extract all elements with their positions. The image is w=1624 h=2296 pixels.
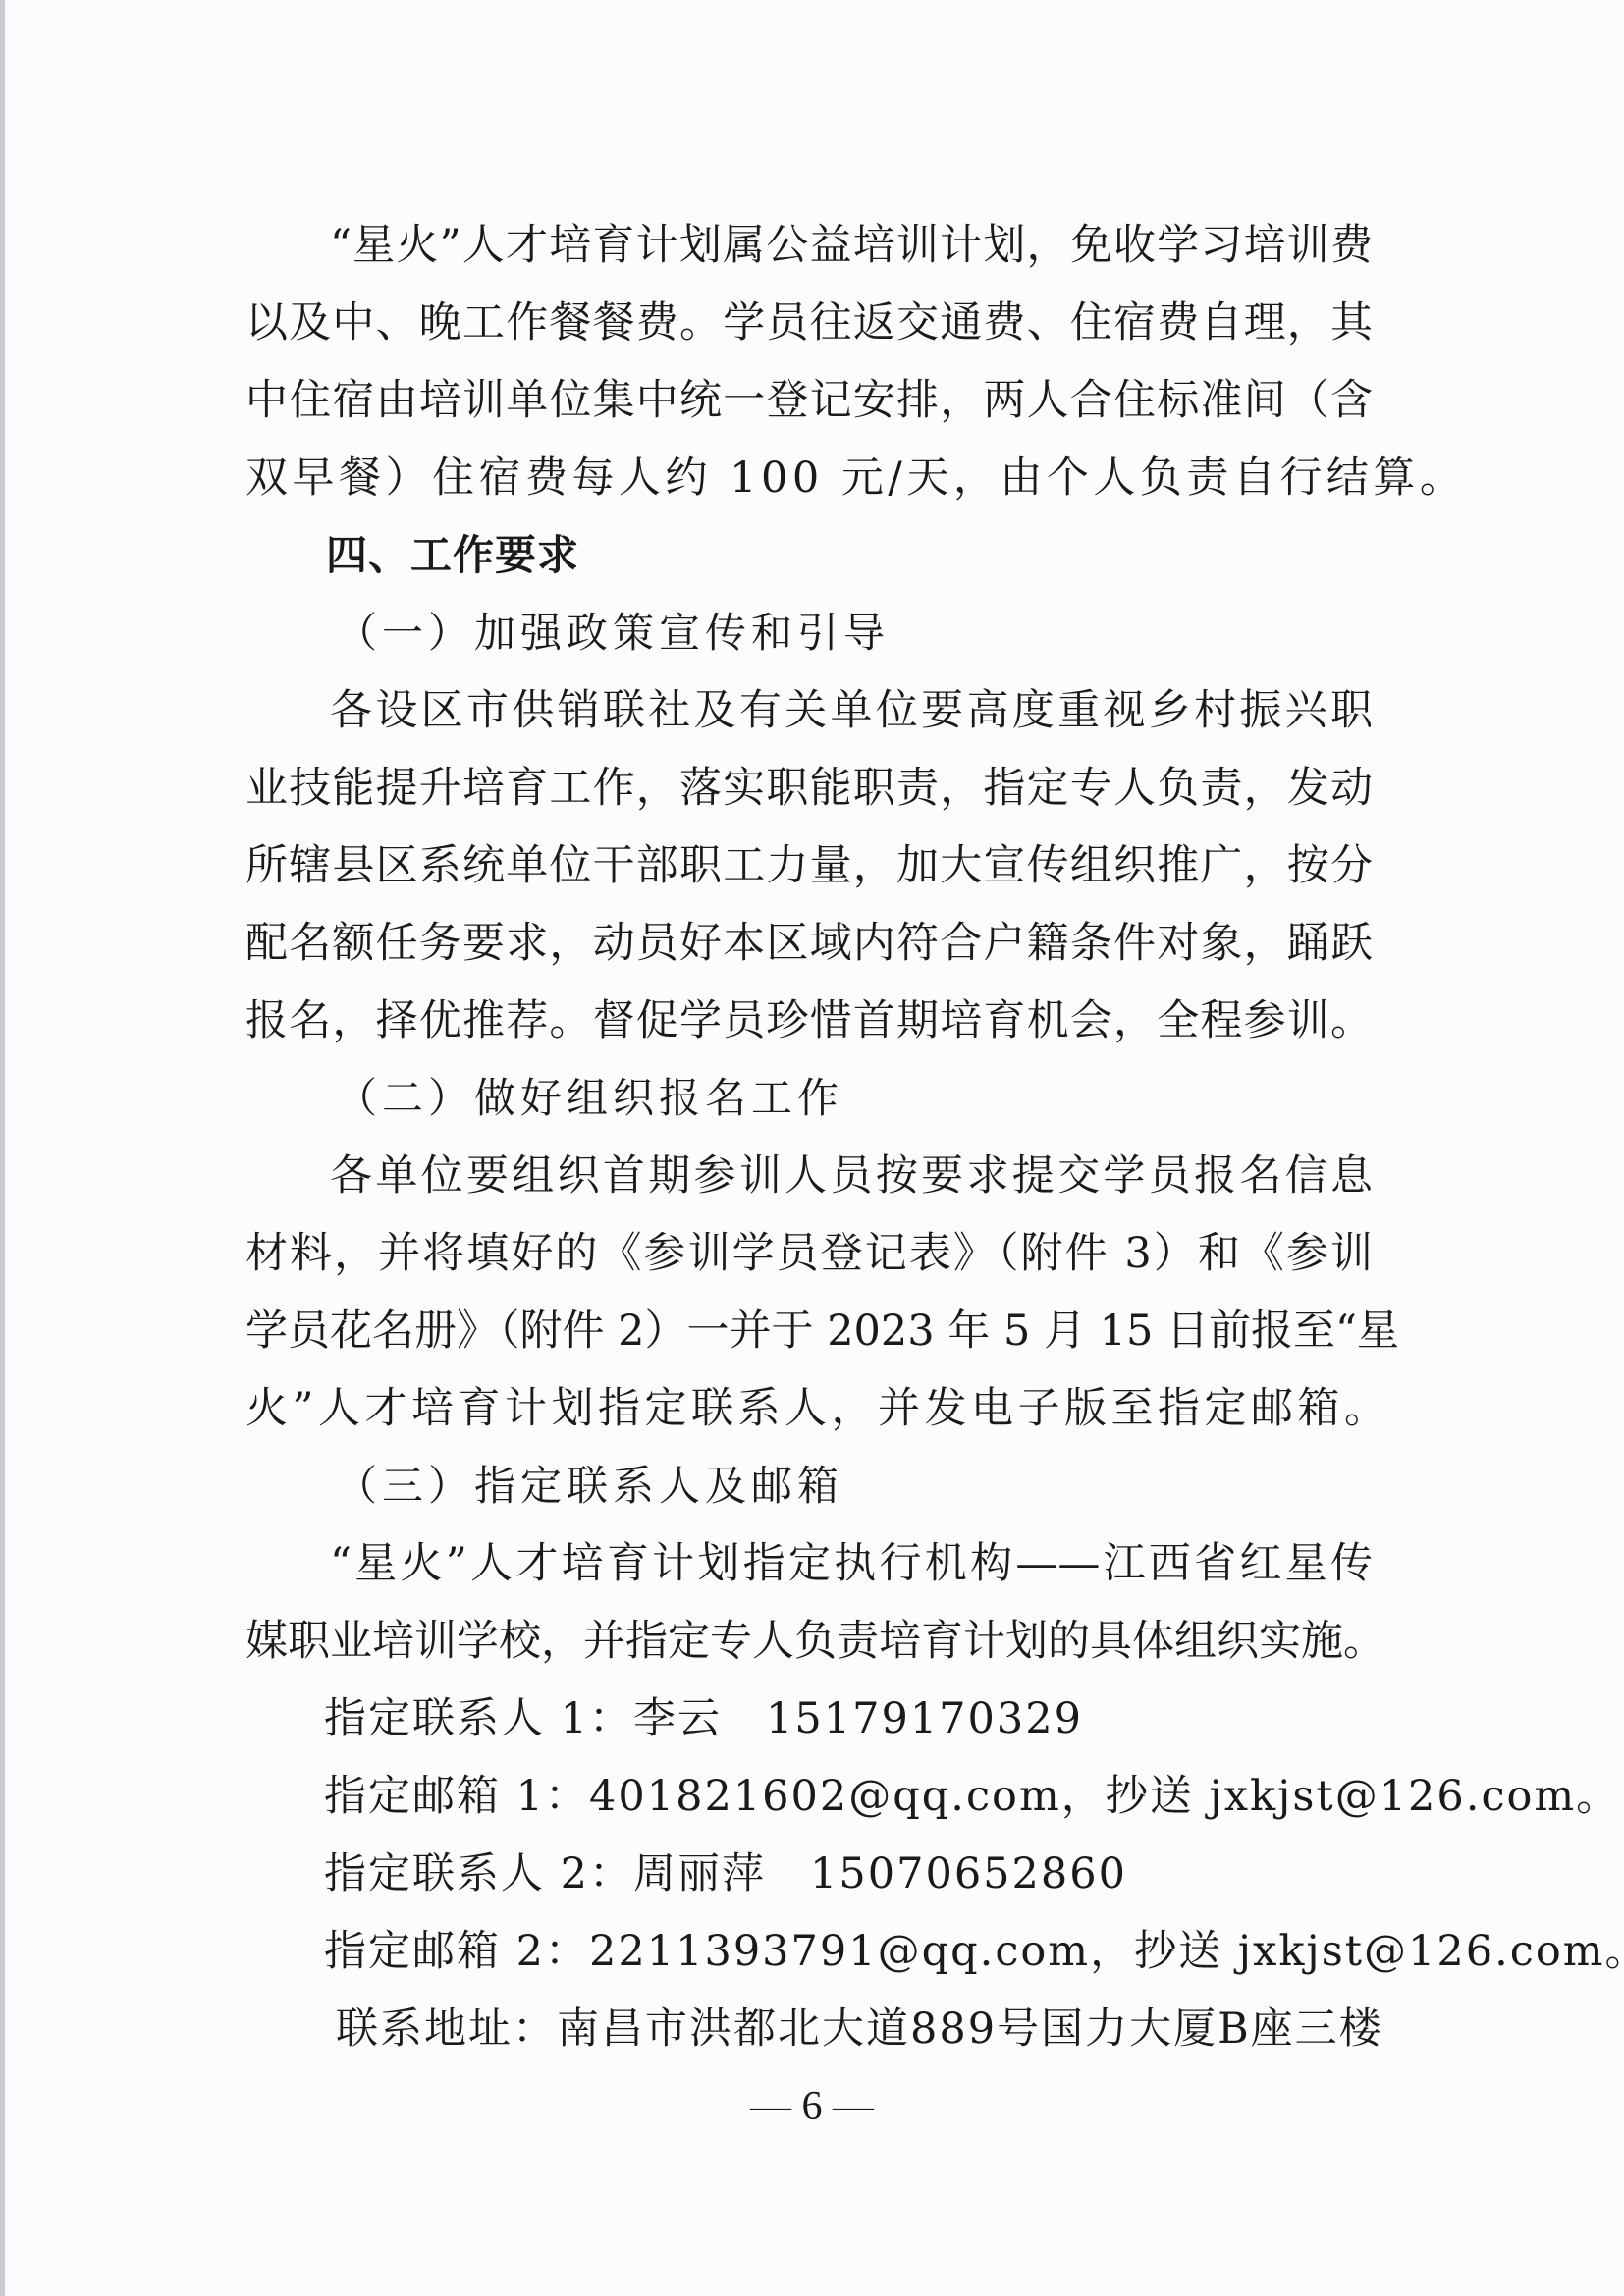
sub2-line: 材料，并将填好的《参训学员登记表》（附件 3）和《参训 bbox=[245, 1224, 1373, 1283]
subsection-heading: （三）指定联系人及邮箱 bbox=[336, 1457, 843, 1516]
contact-person-2: 指定联系人 2：周丽萍 15070652860 bbox=[324, 1844, 1127, 1903]
sub1-line: 配名额任务要求，动员好本区域内符合户籍条件对象，踊跃 bbox=[245, 914, 1373, 973]
contact-email-1: 指定邮箱 1：401821602@qq.com，抄送 jxkjst@126.co… bbox=[324, 1767, 1620, 1826]
contact-person-1: 指定联系人 1：李云 15179170329 bbox=[324, 1689, 1083, 1748]
contact-email-2: 指定邮箱 2：2211393791@qq.com，抄送 jxkjst@126.c… bbox=[324, 1922, 1624, 1981]
sub3-line: “星火”人才培育计划指定执行机构——江西省红星传 bbox=[330, 1534, 1373, 1593]
sub2-line: 各单位要组织首期参训人员按要求提交学员报名信息 bbox=[330, 1147, 1373, 1205]
fee-para-line: “星火”人才培育计划属公益培训计划，免收学习培训费 bbox=[330, 216, 1373, 275]
fee-para-line: 中住宿由培训单位集中统一登记安排，两人合住标准间（含 bbox=[245, 371, 1373, 430]
sub1-line: 报名，择优推荐。督促学员珍惜首期培育机会，全程参训。 bbox=[245, 991, 1373, 1050]
section-heading: 四、工作要求 bbox=[326, 526, 579, 585]
sub1-line: 业技能提升培育工作，落实职能职责，指定专人负责，发动 bbox=[245, 759, 1373, 818]
fee-para-line: 以及中、晚工作餐餐费。学员往返交通费、住宿费自理，其 bbox=[245, 294, 1373, 352]
subsection-heading: （一）加强政策宣传和引导 bbox=[336, 604, 890, 663]
contact-address: 联系地址：南昌市洪都北大道889号国力大厦B座三楼 bbox=[336, 2000, 1383, 2058]
sub1-line: 所辖县区系统单位干部职工力量，加大宣传组织推广，按分 bbox=[245, 836, 1373, 895]
scan-edge bbox=[0, 0, 5, 2296]
subsection-heading: （二）做好组织报名工作 bbox=[336, 1069, 843, 1128]
sub2-line: 学员花名册》（附件 2）一并于 2023 年 5 月 15 日前报至“星 bbox=[245, 1302, 1373, 1361]
sub1-line: 各设区市供销联社及有关单位要高度重视乡村振兴职 bbox=[330, 681, 1373, 740]
sub3-line: 媒职业培训学校，并指定专人负责培育计划的具体组织实施。 bbox=[245, 1612, 1373, 1671]
fee-para-line: 双早餐）住宿费每人约 100 元/天，由个人负责自行结算。 bbox=[245, 449, 1466, 507]
sub2-line: 火”人才培育计划指定联系人，并发电子版至指定邮箱。 bbox=[245, 1379, 1390, 1438]
page-number: — 6 — bbox=[0, 2083, 1624, 2130]
